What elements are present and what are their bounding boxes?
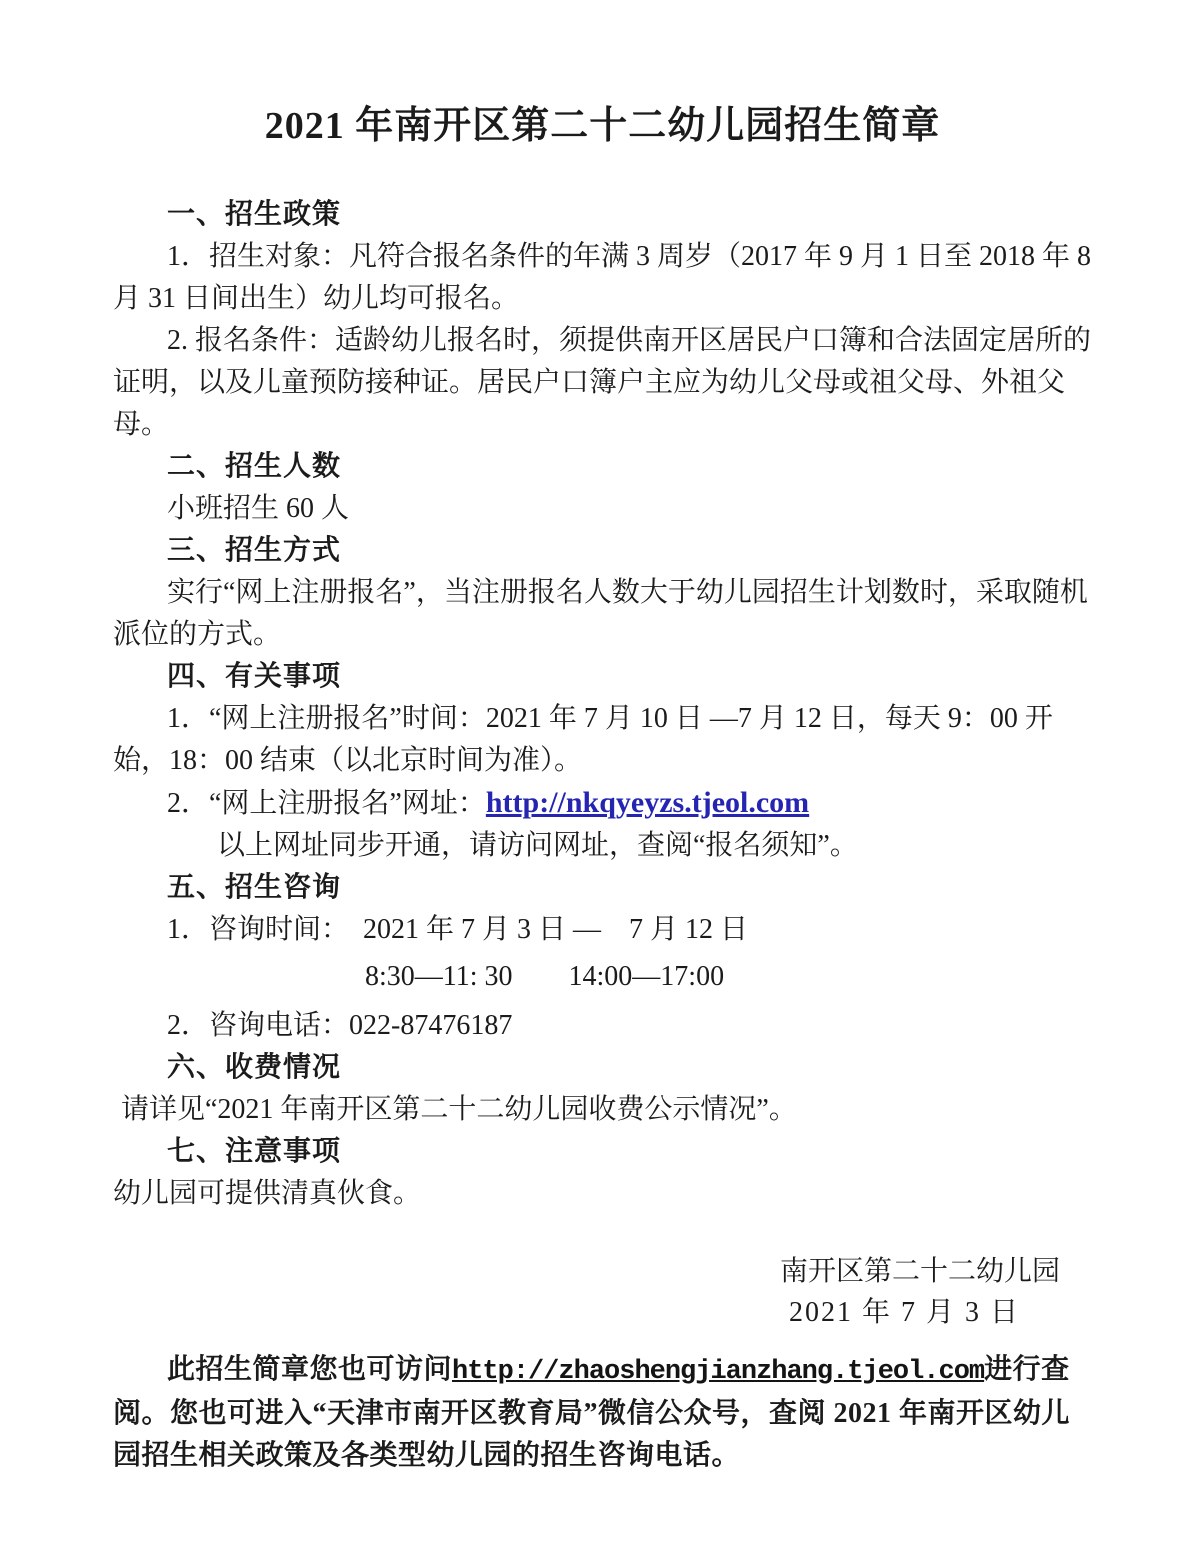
document-title: 2021 年南开区第二十二幼儿园招生简章 [113,102,1092,150]
section3-body: 实行“网上注册报名”，当注册报名人数大于幼儿园招生计划数时，采取随机派位的方式。 [113,572,1092,656]
section7-body: 幼儿园可提供清真伙食。 [113,1173,1092,1215]
section4-item1: 1．“网上注册报名”时间：2021 年 7 月 10 日 —7 月 12 日，每… [113,698,1092,782]
section6-body: 请详见“2021 年南开区第二十二幼儿园收费公示情况”。 [121,1089,1092,1131]
footer-text-prefix: 此招生简章您也可访问 [167,1354,452,1385]
consultation-hours: 8:30—11: 30 14:00—17:00 [365,956,1092,998]
section4-heading: 四、有关事项 [167,656,1092,698]
section2-heading: 二、招生人数 [167,446,1092,488]
section5-item1: 1．咨询时间： 2021 年 7 月 3 日 — 7 月 12 日 [113,909,1092,951]
signature-org-name: 南开区第二十二幼儿园 [113,1251,1092,1293]
section2-body: 小班招生 60 人 [113,488,1092,530]
section4-item2: 2．“网上注册报名”网址：http://nkqyeyzs.tjeol.com [113,782,1092,825]
registration-url-link[interactable]: http://nkqyeyzs.tjeol.com [486,786,809,819]
section4-item2-label: 2．“网上注册报名”网址： [167,788,486,819]
signature-block: 南开区第二十二幼儿园 2021 年 7 月 3 日 [113,1251,1092,1333]
section1-heading: 一、招生政策 [167,194,1092,236]
footer-paragraph: 此招生简章您也可访问http://zhaoshengjianzhang.tjeo… [113,1349,1092,1477]
section7-heading: 七、注意事项 [167,1131,1092,1173]
document-page: 2021 年南开区第二十二幼儿园招生简章 一、招生政策 1．招生对象：凡符合报名… [0,0,1200,1552]
section5-heading: 五、招生咨询 [167,867,1092,909]
section3-heading: 三、招生方式 [167,530,1092,572]
section1-item2: 2. 报名条件：适龄幼儿报名时，须提供南开区居民户口簿和合法固定居所的证明，以及… [113,320,1092,446]
section4-item2-note: 以上网址同步开通，请访问网址，查阅“报名须知”。 [217,825,1092,867]
section1-item1: 1．招生对象：凡符合报名条件的年满 3 周岁（2017 年 9 月 1 日至 2… [113,236,1092,320]
announcement-url-link[interactable]: http://zhaoshengjianzhang.tjeol.com [452,1357,984,1387]
section5-item2: 2．咨询电话：022-87476187 [113,1005,1092,1047]
section6-heading: 六、收费情况 [167,1047,1092,1089]
signature-date: 2021 年 7 月 3 日 [113,1293,1092,1333]
